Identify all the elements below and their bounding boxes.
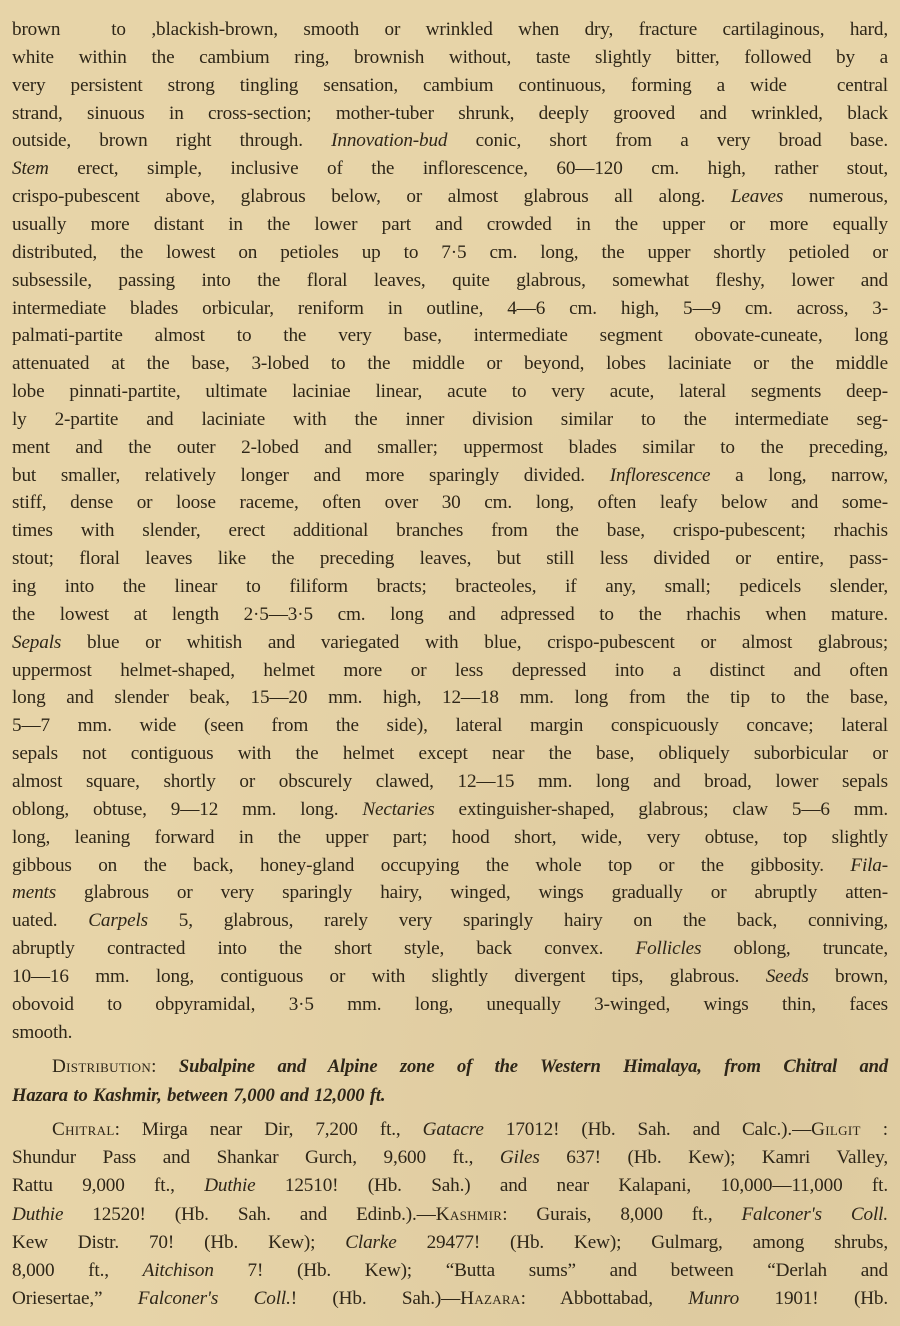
description-line: intermediate blades orbicular, reniform … [12,295,888,323]
description-line: stiff, dense or loose raceme, often over… [12,489,888,517]
description-line: ment and the outer 2-lobed and smaller; … [12,434,888,462]
text-run: erect, simple, inclusive of the inflores… [49,158,888,179]
description-line: attenuated at the base, 3-lobed to the m… [12,350,888,378]
localities-line: Kew Distr. 70! (Hb. Kew); Clarke 29477! … [12,1229,888,1257]
italic-term: Seeds [766,966,809,987]
text-run: 8,000 ft., [12,1260,143,1281]
text-run: obovoid to obpyramidal, 3·5 mm. long, un… [12,994,888,1015]
description-line: outside, brown right through. Innovation… [12,127,888,155]
text-run: palmati-partite almost to the very base,… [12,325,888,346]
scanned-page: brown to ,blackish-brown, smooth or wrin… [0,0,900,1326]
italic-term: Sepals [12,632,61,653]
description-line: the lowest at length 2·5—3·5 cm. long an… [12,601,888,629]
text-run: ly 2-partite and laciniate with the inne… [12,409,888,430]
italic-term: Subalpine and Alpine zone of the Western… [179,1056,888,1077]
description-line: long and slender beak, 15—20 mm. high, 1… [12,684,888,712]
description-line: long, leaning forward in the upper part;… [12,824,888,852]
description-line: palmati-partite almost to the very base,… [12,322,888,350]
text-run: usually more distant in the lower part a… [12,214,888,235]
text-run: 7! (Hb. Kew); “Butta sums” and between “… [214,1260,888,1281]
italic-term: Leaves [731,186,783,207]
italic-term: Carpels [88,910,148,931]
description-line: ly 2-partite and laciniate with the inne… [12,406,888,434]
localities-line: Shundur Pass and Shankar Gurch, 9,600 ft… [12,1144,888,1172]
text-run: Shundur Pass and Shankar Gurch, 9,600 ft… [12,1147,500,1168]
text-run: brown, [809,966,888,987]
italic-term: Inflorescence [610,465,711,486]
text-run: long, leaning forward in the upper part;… [12,827,888,848]
italic-term: Falconer's Coll. [741,1204,888,1225]
text-run: attenuated at the base, 3-lobed to the m… [12,353,888,374]
description-line: distributed, the lowest on petioles up t… [12,239,888,267]
text-run: : Mirga near Dir, 7,200 ft., [115,1119,423,1140]
text-run: long and slender beak, 15—20 mm. high, 1… [12,687,888,708]
italic-term: Innovation-bud [331,130,447,151]
description-line: but smaller, relatively longer and more … [12,462,888,490]
description-line: uppermost helmet-shaped, helmet more or … [12,657,888,685]
localities-line: Chitral: Mirga near Dir, 7,200 ft., Gata… [52,1116,888,1144]
italic-term: Duthie [204,1175,255,1196]
description-line: Sepals blue or whitish and variegated wi… [12,629,888,657]
text-run: uppermost helmet-shaped, helmet more or … [12,660,888,681]
text-run: : Abbottabad, [521,1288,689,1309]
text-run: 17012! (Hb. Sah. and Calc.).— [484,1119,811,1140]
text-run: Rattu 9,000 ft., [12,1175,204,1196]
text-run: times with slender, erect additional bra… [12,520,888,541]
text-run: stout; floral leaves like the preceding … [12,548,888,569]
italic-term: Munro [688,1288,739,1309]
description-line: subsessile, passing into the floral leav… [12,267,888,295]
text-run: : [861,1119,888,1140]
description-line: brown to ,blackish-brown, smooth or wrin… [12,16,888,44]
description-line: uated. Carpels 5, glabrous, rarely very … [12,907,888,935]
localities-line: Duthie 12520! (Hb. Sah. and Edinb.).—Kas… [12,1201,888,1229]
italic-term: Clarke [345,1232,396,1253]
text-run: ! (Hb. Sah.)— [291,1288,460,1309]
italic-term: Fila- [850,855,888,876]
text-run: stiff, dense or loose raceme, often over… [12,492,888,513]
text-run: ment and the outer 2-lobed and smaller; … [12,437,888,458]
italic-term: Aitchison [143,1260,214,1281]
text-run: : Gurais, 8,000 ft., [502,1204,741,1225]
description-line: white within the cambium ring, brownish … [12,44,888,72]
description-line: obovoid to obpyramidal, 3·5 mm. long, un… [12,991,888,1019]
text-run: Kew Distr. 70! (Hb. Kew); [12,1232,345,1253]
text-run: a long, narrow, [710,465,888,486]
description-line: smooth. [12,1019,888,1047]
text-run: ing into the linear to filiform bracts; … [12,576,888,597]
italic-term: Giles [500,1147,540,1168]
description-line: sepals not contiguous with the helmet ex… [12,740,888,768]
description-line: 5—7 mm. wide (seen from the side), later… [12,712,888,740]
distribution-line: Hazara to Kashmir, between 7,000 and 12,… [12,1082,888,1110]
text-run: uated. [12,910,88,931]
text-run: : [151,1056,179,1077]
text-run: 5—7 mm. wide (seen from the side), later… [12,715,888,736]
text-run: crispo-pubescent above, glabrous below, … [12,186,731,207]
text-run: oblong, obtuse, 9—12 mm. long. [12,799,362,820]
text-run: outside, brown right through. [12,130,331,151]
description-line: abruptly contracted into the short style… [12,935,888,963]
text-run: white within the cambium ring, brownish … [12,47,888,68]
description-line: 10—16 mm. long, contiguous or with sligh… [12,963,888,991]
text-run: abruptly contracted into the short style… [12,938,636,959]
text-run: 1901! (Hb. [739,1288,888,1309]
description-line: usually more distant in the lower part a… [12,211,888,239]
italic-term: Gatacre [423,1119,484,1140]
description-line: times with slender, erect additional bra… [12,517,888,545]
localities-line: 8,000 ft., Aitchison 7! (Hb. Kew); “Butt… [12,1257,888,1285]
text-run: strand, sinuous in cross-section; mother… [12,103,888,124]
text-run: lobe pinnati-partite, ultimate laciniae … [12,381,888,402]
description-line: strand, sinuous in cross-section; mother… [12,100,888,128]
text-run: almost square, shortly or obscurely claw… [12,771,888,792]
italic-term: Follicles [636,938,702,959]
description-line: gibbous on the back, honey-gland occupyi… [12,852,888,880]
small-caps-heading: Hazara [460,1288,520,1309]
text-run: gibbous on the back, honey-gland occupyi… [12,855,850,876]
text-run: distributed, the lowest on petioles up t… [12,242,888,263]
description-line: stout; floral leaves like the preceding … [12,545,888,573]
text-run: 637! (Hb. Kew); Kamri Valley, [540,1147,888,1168]
text-run: blue or whitish and variegated with blue… [61,632,888,653]
small-caps-heading: Kashmir [436,1204,503,1225]
description-line: ments glabrous or very sparingly hairy, … [12,879,888,907]
text-run: the lowest at length 2·5—3·5 cm. long an… [12,604,888,625]
text-run: intermediate blades orbicular, reniform … [12,298,888,319]
small-caps-heading: Gilgit [811,1119,861,1140]
italic-term: Falconer's Coll. [138,1288,291,1309]
italic-term: Nectaries [362,799,434,820]
text-run: oblong, truncate, [701,938,888,959]
italic-term: ments [12,882,56,903]
text-run: glabrous or very sparingly hairy, winged… [56,882,888,903]
text-run: brown to ,blackish-brown, smooth or wrin… [12,19,888,40]
text-run: but smaller, relatively longer and more … [12,465,610,486]
text-run: conic, short from a very broad base. [447,130,888,151]
description-line: almost square, shortly or obscurely claw… [12,768,888,796]
italic-term: Hazara to Kashmir, between 7,000 and 12,… [12,1085,385,1106]
text-run: extinguisher-shaped, glabrous; claw 5—6 … [435,799,888,820]
text-run: 12510! (Hb. Sah.) and near Kalapani, 10,… [256,1175,888,1196]
small-caps-heading: Chitral [52,1119,115,1140]
description-line: crispo-pubescent above, glabrous below, … [12,183,888,211]
text-run: numerous, [783,186,888,207]
description-line: oblong, obtuse, 9—12 mm. long. Nectaries… [12,796,888,824]
text-run: 29477! (Hb. Kew); Gulmarg, among shrubs, [397,1232,888,1253]
text-run: 10—16 mm. long, contiguous or with sligh… [12,966,766,987]
description-line: lobe pinnati-partite, ultimate laciniae … [12,378,888,406]
description-line: ing into the linear to filiform bracts; … [12,573,888,601]
text-run: Oriesertae,” [12,1288,138,1309]
text-run: 5, glabrous, rarely very sparingly hairy… [148,910,888,931]
italic-term: Duthie [12,1204,63,1225]
localities-line: Rattu 9,000 ft., Duthie 12510! (Hb. Sah.… [12,1172,888,1200]
localities-line: Oriesertae,” Falconer's Coll.! (Hb. Sah.… [12,1285,888,1313]
text-run: smooth. [12,1022,72,1043]
distribution-line: Distribution: Subalpine and Alpine zone … [52,1053,888,1081]
text-run: very persistent strong tingling sensatio… [12,75,888,96]
text-run: sepals not contiguous with the helmet ex… [12,743,888,764]
description-line: very persistent strong tingling sensatio… [12,72,888,100]
text-run: 12520! (Hb. Sah. and Edinb.).— [63,1204,435,1225]
text-run: subsessile, passing into the floral leav… [12,270,888,291]
small-caps-heading: Distribution [52,1056,151,1077]
description-line: Stem erect, simple, inclusive of the inf… [12,155,888,183]
italic-term: Stem [12,158,49,179]
